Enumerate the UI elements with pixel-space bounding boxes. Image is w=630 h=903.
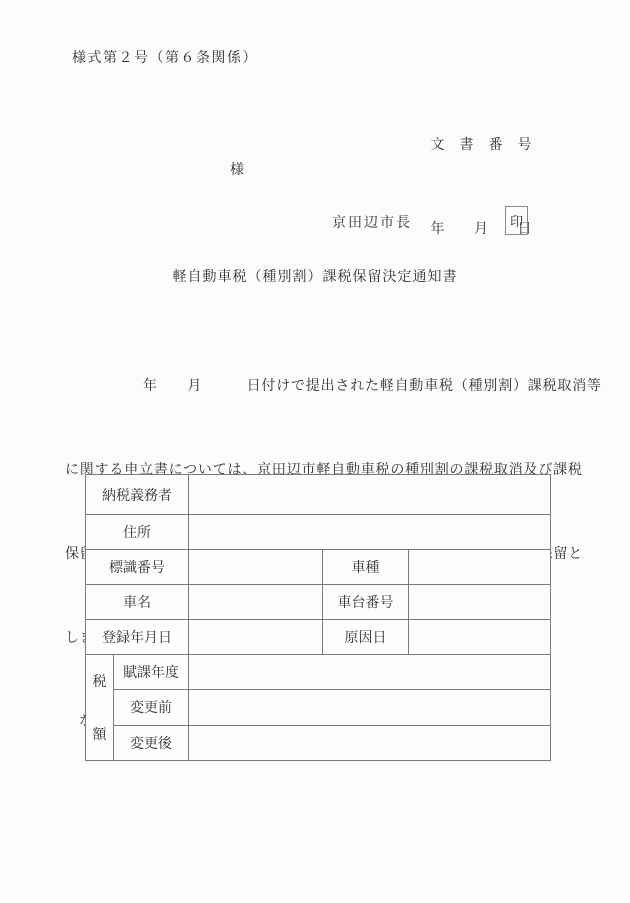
after-change-label: 変更後 xyxy=(114,725,189,760)
tax-amount-label: 税 額 xyxy=(86,655,114,761)
before-change-label: 変更前 xyxy=(114,690,189,725)
table-row-plate-vehicle-type: 標識番号 車種 xyxy=(86,550,551,585)
registration-date-label: 登録年月日 xyxy=(86,620,189,655)
levy-year-label: 賦課年度 xyxy=(114,655,189,690)
vehicle-type-value-cell xyxy=(409,550,551,585)
form-number: 様式第２号（第６条関係） xyxy=(72,47,258,67)
table-row-after-change: 変更後 xyxy=(86,725,551,760)
table-row-carname-chassis: 車名 車台番号 xyxy=(86,585,551,620)
tax-amount-char-2: 額 xyxy=(93,724,107,744)
table-row-address: 住所 xyxy=(86,515,551,550)
levy-year-value-cell xyxy=(189,655,551,690)
cause-date-value-cell xyxy=(409,620,551,655)
after-change-value-cell xyxy=(189,725,551,760)
taxpayer-label: 納税義務者 xyxy=(86,475,189,515)
before-change-value-cell xyxy=(189,690,551,725)
addressee-honorific: 様 xyxy=(230,159,244,179)
tax-amount-vertical-text: 税 額 xyxy=(86,655,113,760)
document-title: 軽自動車税（種別割）課税保留決定通知書 xyxy=(0,266,630,286)
car-name-label: 車名 xyxy=(86,585,189,620)
form-table: 納税義務者 住所 標識番号 車種 車名 車台番号 登録年月日 xyxy=(85,474,551,761)
chassis-number-label: 車台番号 xyxy=(323,585,409,620)
tax-amount-char-1: 税 xyxy=(93,671,107,691)
table-row-taxpayer: 納税義務者 xyxy=(86,475,551,515)
car-name-value-cell xyxy=(189,585,323,620)
seal-box: 印 xyxy=(505,206,528,235)
table-row-levy-year: 税 額 賦課年度 xyxy=(86,655,551,690)
address-label: 住所 xyxy=(86,515,189,550)
address-value-cell xyxy=(189,515,551,550)
table-row-registration-cause: 登録年月日 原因日 xyxy=(86,620,551,655)
plate-number-value-cell xyxy=(189,550,323,585)
chassis-number-value-cell xyxy=(409,585,551,620)
seal-mark: 印 xyxy=(510,211,523,230)
plate-number-label: 標識番号 xyxy=(86,550,189,585)
registration-date-value-cell xyxy=(189,620,323,655)
cause-date-label: 原因日 xyxy=(323,620,409,655)
doc-number-label: 文 書 番 号 xyxy=(431,132,533,160)
taxpayer-value-cell xyxy=(189,475,551,515)
document-page: 様式第２号（第６条関係） 文 書 番 号 年 月 日 様 京田辺市長 印 軽自動… xyxy=(0,0,630,903)
body-line-1: 年 月 日付けで提出された軽自動車税（種別割）課税取消等 xyxy=(143,373,575,401)
vehicle-type-label: 車種 xyxy=(323,550,409,585)
table-row-before-change: 変更前 xyxy=(86,690,551,725)
sender-title: 京田辺市長 xyxy=(332,212,412,232)
